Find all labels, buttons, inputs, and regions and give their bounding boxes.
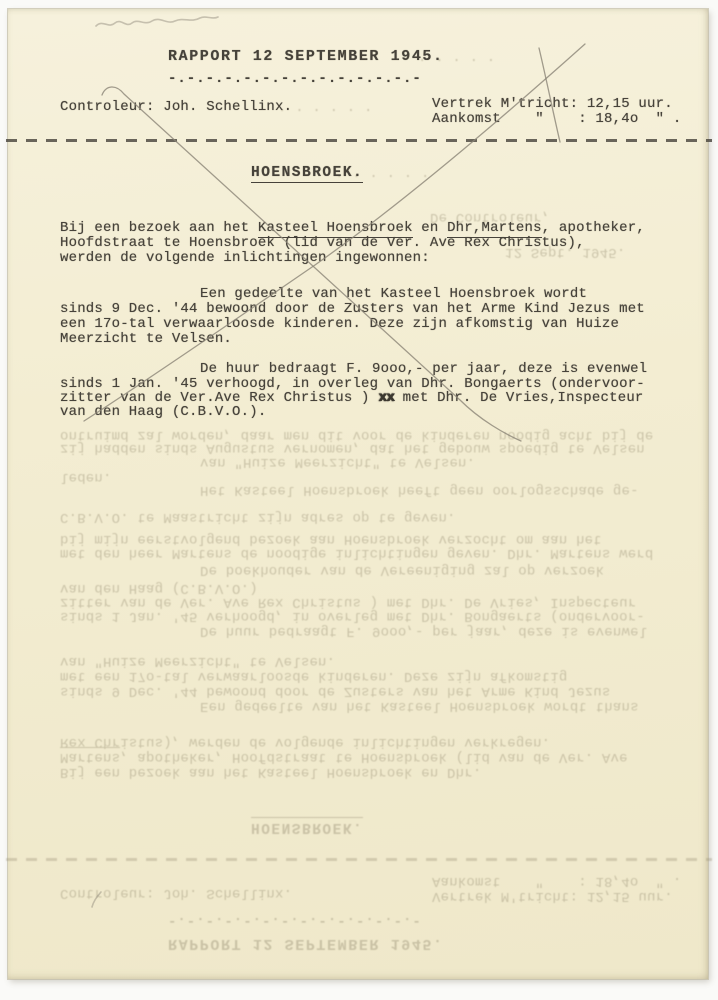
paragraph-line: Meerzicht te Velsen. [60,332,232,346]
paragraph-line: werden de volgende inlichtingen ingewonn… [60,251,430,265]
section-heading: HOENSBROEK. [251,166,363,180]
paragraph-line: sinds 1 Jan. '45 verhoogd, in overleg va… [60,377,645,391]
aankomst-line: Aankomst " : 18,4o " . [432,112,681,126]
paragraph-line: Hoofdstraat te Hoensbroek (lid van de Ve… [60,236,585,250]
paragraph-line: zitter van de Ver.Ave Rex Christus ) xx … [60,391,644,405]
paragraph-line: een 17o-tal verwaarloosde kinderen. Deze… [60,317,619,331]
report-title: RAPPORT 12 SEPTEMBER 1945. [168,50,444,64]
typed-content: RAPPORT 12 SEPTEMBER 1945.-.-.-.-.-.-.-.… [0,0,718,1000]
divider-dashed-rule [6,139,712,142]
paragraph-line: Een gedeelte van het Kasteel Hoensbroek … [200,287,587,301]
paragraph-line: sinds 9 Dec. '44 bewoond door de Zusters… [60,302,645,316]
scanned-report-page: RAPPORT 12 SEPTEMBER 1945.-.-.-.-.-.-.-.… [0,0,718,1000]
paragraph-line: van den Haag (C.B.V.O.). [60,405,266,419]
paragraph-line: De huur bedraagt F. 9ooo,- per jaar, dez… [200,362,647,376]
title-dash-rule: -.-.-.-.-.-.-.-.-.-.-.-.-.- [168,72,422,86]
paragraph-line: Bij een bezoek aan het Kasteel Hoensbroe… [60,221,645,235]
controleur-line: Controleur: Joh. Schellinx. [60,100,292,114]
vertrek-line: Vertrek M'tricht: 12,15 uur. [432,97,673,111]
